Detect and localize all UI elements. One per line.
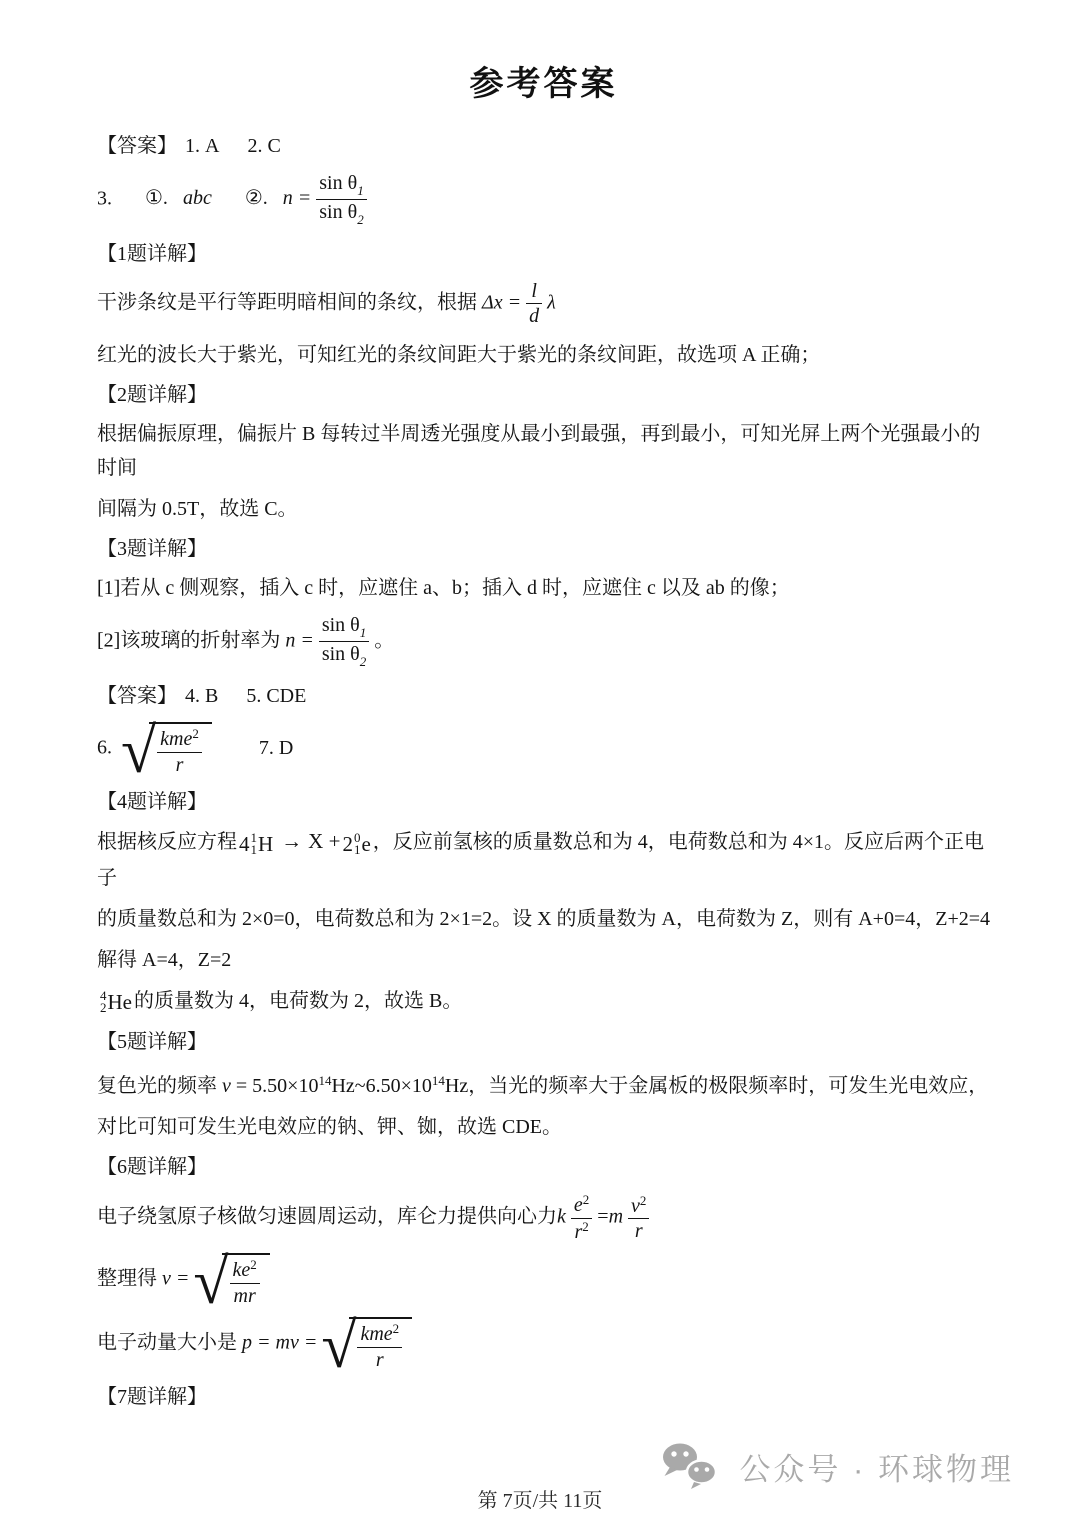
paragraph-4a: 根据核反应方程411H→X +201e，反应前氢核的质量数总和为 4，电荷数总和… (97, 824, 990, 894)
p3b-frac-den-sub: 2 (360, 654, 367, 669)
p5a-exp2: 14 (432, 1073, 445, 1088)
p6c-frac-den: r (357, 1347, 402, 1371)
answer-2: 2. C (247, 135, 280, 157)
answer-label: 【答案】 (97, 135, 177, 157)
p6c-text: 电子动量大小是 (97, 1332, 237, 1354)
p6b-frac-num-sup: 2 (250, 1257, 257, 1272)
p3b-formula-lhs: n = (285, 629, 314, 651)
section-heading-1: 【1题详解】 (97, 238, 990, 271)
p6a-m: m (609, 1206, 623, 1228)
p6a-text: 电子绕氢原子核做匀速圆周运动，库仑力提供向心力 (97, 1206, 557, 1228)
p5a-exp1: 14 (318, 1073, 331, 1088)
p6a-fraction-2: v2r (628, 1194, 649, 1243)
p6c-sqrt: √kme2r (321, 1317, 412, 1371)
paragraph-1a: 干涉条纹是平行等距明暗相间的条纹，根据 Δx =ldλ (97, 280, 990, 328)
p5a-nu: v (222, 1075, 231, 1097)
p1a-formula-lhs: Δx = (482, 291, 521, 313)
q3-frac-num: sin θ (319, 172, 357, 194)
paragraph-5a: 复色光的频率 v = 5.50×1014Hz~6.50×1014Hz，当光的频率… (97, 1064, 990, 1103)
p6a-f1-den-sup: 2 (582, 1219, 589, 1234)
p6a-f2-den: r (628, 1218, 649, 1242)
answer-sheet-content: 参考答案 【答案】1. A2. C 3. ①. abc ②. n =sin θ1… (97, 56, 990, 1419)
p6b-text: 整理得 (97, 1268, 157, 1290)
p6b-frac-den: mr (230, 1283, 260, 1307)
p1a-frac-den: d (526, 303, 542, 327)
q6-fraction: kme2r (157, 727, 202, 776)
p3b-frac-den: sin θ (322, 643, 360, 665)
paragraph-5b: 对比可知可发生光电效应的钠、钾、铷，故选 CDE。 (97, 1110, 990, 1144)
answer-label-45: 【答案】 (97, 685, 177, 707)
answer-line-3: 3. ①. abc ②. n =sin θ1sin θ2 (97, 172, 990, 228)
page-title: 参考答案 (97, 56, 990, 105)
answer-line-6-7: 6. √kme2r 7. D (97, 722, 990, 776)
p6a-k: k (557, 1206, 566, 1228)
p1a-text: 干涉条纹是平行等距明暗相间的条纹，根据 (97, 291, 477, 313)
nuclide-helium: 42He (99, 985, 132, 1019)
p6a-f2-num-sup: 2 (640, 1193, 647, 1208)
answer-1: 1. A (185, 135, 219, 157)
p6b-sqrt: √ke2mr (193, 1253, 269, 1307)
q6-frac-num-sup: 2 (192, 726, 199, 741)
section-heading-5: 【5题详解】 (97, 1026, 990, 1059)
q6-frac-den: r (157, 752, 202, 776)
p4a-element2: e (361, 827, 370, 861)
q6-frac-num: kme (160, 728, 192, 750)
section-heading-3: 【3题详解】 (97, 533, 990, 566)
q3-part1-label: ①. (145, 187, 168, 209)
q3-frac-den: sin θ (319, 201, 357, 223)
p6a-fraction-1: e2r2 (571, 1193, 592, 1243)
p4a-charge1: 1 (251, 844, 258, 856)
paragraph-4c: 解得 A=4，Z=2 (97, 943, 990, 977)
p4a-product-x: X + (308, 829, 340, 853)
p6a-f1-num-sup: 2 (583, 1192, 590, 1207)
paragraph-6b: 整理得 v =√ke2mr (97, 1253, 990, 1307)
p5a-unit: Hz (445, 1075, 468, 1097)
answer-7: 7. D (259, 737, 293, 759)
answer-4: 4. B (185, 685, 218, 707)
paragraph-6a: 电子绕氢原子核做匀速圆周运动，库仑力提供向心力ke2r2=mv2r (97, 1193, 990, 1243)
q3-formula-lhs: n = (283, 187, 312, 209)
p6c-frac-num-sup: 2 (393, 1321, 400, 1336)
paragraph-3a: [1]若从 c 侧观察，插入 c 时，应遮住 a、b；插入 d 时，应遮住 c … (97, 571, 990, 605)
p6c-fraction: kme2r (357, 1322, 402, 1371)
p1a-formula-suffix: λ (547, 291, 556, 313)
p1a-frac-num: l (526, 280, 542, 303)
document-page: 参考答案 【答案】1. A2. C 3. ①. abc ②. n =sin θ1… (0, 0, 1080, 1527)
p6b-lhs: v = (162, 1268, 189, 1290)
p5a-text: 复色光的频率 (97, 1075, 217, 1097)
paragraph-2a: 根据偏振原理，偏振片 B 每转过半周透光强度从最小到最强，再到最小，可知光屏上两… (97, 417, 990, 485)
nuclide-positron: 201e (342, 827, 370, 861)
p4a-coef1: 4 (239, 827, 250, 861)
q6-sqrt: √kme2r (121, 722, 212, 776)
q3-part2-label: ②. (245, 187, 268, 209)
answer-line-1-2: 【答案】1. A2. C (97, 129, 990, 163)
paragraph-4b: 的质量数总和为 2×0=0，电荷数总和为 2×1=2。设 X 的质量数为 A，电… (97, 902, 990, 936)
p4d-charge: 2 (100, 1002, 107, 1014)
p1a-fraction: ld (526, 280, 542, 328)
p4a-text: 根据核反应方程 (97, 831, 237, 853)
p6b-frac-num: ke (233, 1259, 251, 1281)
p4d-text: 的质量数为 4，电荷数为 2，故选 B。 (134, 990, 462, 1012)
p4a-charge2: 1 (354, 844, 361, 856)
reaction-arrow: → (281, 829, 302, 853)
p3b-text: [2]该玻璃的折射率为 (97, 629, 280, 651)
q3-number: 3. (97, 187, 112, 209)
paragraph-1b: 红光的波长大于紫光，可知红光的条纹间距大于紫光的条纹间距，故选项 A 正确； (97, 338, 990, 372)
q3-fraction: sin θ1sin θ2 (316, 172, 366, 228)
nuclide-hydrogen: 411H (239, 827, 273, 861)
p3b-fraction: sin θ1sin θ2 (319, 614, 369, 670)
section-heading-7: 【7题详解】 (97, 1381, 990, 1414)
section-heading-2: 【2题详解】 (97, 379, 990, 412)
p6b-fraction: ke2mr (230, 1258, 260, 1307)
paragraph-6c: 电子动量大小是 p = mv =√kme2r (97, 1317, 990, 1371)
p6a-f2-num: v (631, 1195, 640, 1217)
watermark-text: 公众号 · 环球物理 (739, 1444, 1014, 1489)
q3-part1-value: abc (183, 187, 212, 209)
q6-number: 6. (97, 737, 112, 759)
p3b-frac-num-sub: 1 (360, 624, 367, 639)
page-number: 第 7页/共 11页 (0, 1484, 1080, 1513)
paragraph-2b: 间隔为 0.5T，故选 C。 (97, 492, 990, 526)
paragraph-4d: 42He的质量数为 4，电荷数为 2，故选 B。 (97, 984, 990, 1019)
section-heading-4: 【4题详解】 (97, 786, 990, 819)
p5a-value1: = 5.50×10 (236, 1075, 319, 1097)
q3-frac-num-sub: 1 (357, 183, 364, 198)
p6a-equals: = (597, 1206, 608, 1228)
p5a-text-after: ，当光的频率大于金属板的极限频率时，可发生光电效应， (468, 1075, 988, 1097)
q3-frac-den-sub: 2 (357, 212, 364, 227)
p6c-frac-num: kme (360, 1323, 392, 1345)
answer-5: 5. CDE (246, 685, 306, 707)
answer-line-4-5: 【答案】4. B5. CDE (97, 679, 990, 713)
section-heading-6: 【6题详解】 (97, 1151, 990, 1184)
p4a-coef2: 2 (342, 827, 353, 861)
p3b-period: 。 (374, 629, 394, 651)
paragraph-3b: [2]该玻璃的折射率为 n =sin θ1sin θ2。 (97, 614, 990, 670)
p3b-frac-num: sin θ (322, 614, 360, 636)
p6c-lhs: p = mv = (242, 1332, 317, 1354)
p4a-element1: H (258, 827, 273, 861)
p6a-f1-num: e (574, 1194, 583, 1216)
p4d-element: He (108, 985, 133, 1019)
p5a-value2: Hz~6.50×10 (331, 1075, 431, 1097)
